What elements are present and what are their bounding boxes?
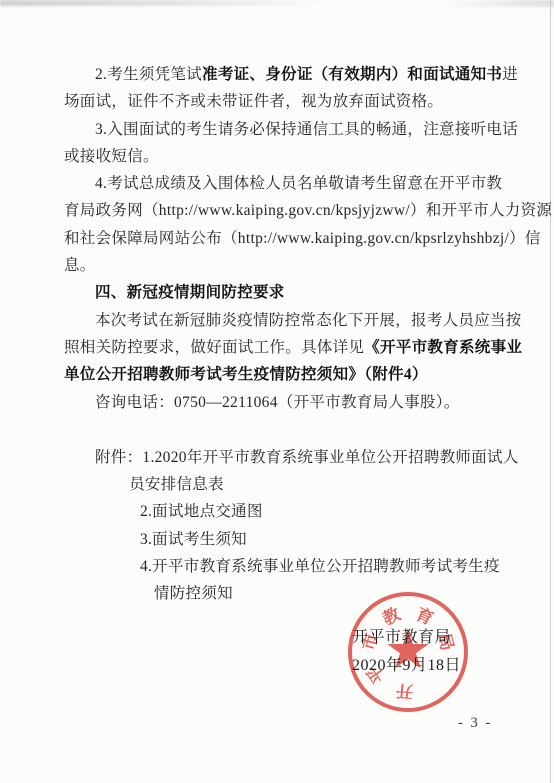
document-line: 照相关防控要求，做好面试工作。具体详见《开平市教育系统事业 <box>64 334 502 361</box>
document-line: 3.入围面试的考生请务必保持通信工具的畅通，注意接听电话 <box>64 116 502 143</box>
document-line: 本次考试在新冠肺炎疫情防控常态化下开展，报考人员应当按 <box>64 307 502 334</box>
scan-smudge <box>440 0 554 7</box>
text-segment: 情防控须知 <box>154 585 233 602</box>
document-line: 员安排信息表 <box>64 471 502 498</box>
document-line: 4.开平市教育系统事业单位公开招聘教师考试考生疫 <box>64 553 502 580</box>
seal-character: 开 <box>395 680 414 706</box>
page-number: - 3 - <box>458 715 492 732</box>
text-segment: 4.开平市教育系统事业单位公开招聘教师考试考生疫 <box>140 558 500 575</box>
document-line: 2.考生须凭笔试准考证、身份证（有效期内）和面试通知书进 <box>64 61 502 88</box>
document-line: 4.考试总成绩及入围体检人员名单敬请考生留意在开平市教 <box>64 170 502 197</box>
text-segment: 员安排信息表 <box>129 476 224 493</box>
text-segment: 进 <box>502 66 518 83</box>
text-segment: 2.考生须凭笔试 <box>95 66 202 83</box>
document-line: 单位公开招聘教师考试考生疫情防控须知》（附件4） <box>64 361 502 388</box>
document-line: 四、新冠疫情期间防控要求 <box>64 279 502 306</box>
document-line: 和社会保障局网站公布（http://www.kaiping.gov.cn/kps… <box>64 225 502 252</box>
text-segment: 附件：1.2020年开平市教育系统事业单位公开招聘教师面试人 <box>95 449 519 466</box>
document-page: 2.考生须凭笔试准考证、身份证（有效期内）和面试通知书进场面试，证件不齐或未带证… <box>0 0 554 783</box>
text-segment: 本次考试在新冠肺炎疫情防控常态化下开展，报考人员应当按 <box>95 312 522 329</box>
signing-date: 2020年9月18日 <box>352 652 461 680</box>
document-line: 育局政务网（http://www.kaiping.gov.cn/kpsjyjzw… <box>64 197 502 224</box>
text-segment: 或接收短信。 <box>64 148 159 165</box>
signature-block: 开平市教育局 2020年9月18日 <box>352 624 461 679</box>
document-line: 附件：1.2020年开平市教育系统事业单位公开招聘教师面试人 <box>64 444 502 471</box>
text-segment: 3.面试考生须知 <box>140 531 247 548</box>
document-line: 3.面试考生须知 <box>64 526 502 553</box>
scan-edge-line <box>550 0 552 783</box>
document-line: 2.面试地点交通图 <box>64 498 502 525</box>
text-segment: 育局政务网（http://www.kaiping.gov.cn/kpsjyjzw… <box>64 202 552 219</box>
scan-smudge <box>0 0 330 6</box>
text-segment: 照相关防控要求，做好面试工作。具体详见 <box>64 339 364 356</box>
document-line: 或接收短信。 <box>64 143 502 170</box>
text-segment: 息。 <box>64 257 96 274</box>
text-segment: 和社会保障局网站公布（http://www.kaiping.gov.cn/kps… <box>64 230 541 247</box>
text-segment: 单位公开招聘教师考试考生疫情防控须知》（附件4） <box>64 366 428 383</box>
text-segment: 3.入围面试的考生请务必保持通信工具的畅通，注意接听电话 <box>95 121 518 138</box>
document-line: 场面试，证件不齐或未带证件者，视为放弃面试资格。 <box>64 88 502 115</box>
document-line: 息。 <box>64 252 502 279</box>
text-segment: 四、新冠疫情期间防控要求 <box>95 284 285 301</box>
text-segment: 《开平市教育系统事业 <box>364 339 522 356</box>
text-segment: 4.考试总成绩及入围体检人员名单敬请考生留意在开平市教 <box>95 175 502 192</box>
text-segment: 咨询电话：0750—2211064（开平市教育局人事股）。 <box>95 394 460 411</box>
text-segment: 准考证、身份证（有效期内）和面试通知书 <box>202 66 502 83</box>
text-segment: 场面试，证件不齐或未带证件者，视为放弃面试资格。 <box>64 93 443 110</box>
text-segment: 2.面试地点交通图 <box>140 503 263 520</box>
blank-line <box>64 416 502 444</box>
document-line: 咨询电话：0750—2211064（开平市教育局人事股）。 <box>64 389 502 416</box>
document-lines: 2.考生须凭笔试准考证、身份证（有效期内）和面试通知书进场面试，证件不齐或未带证… <box>64 61 502 608</box>
signing-agency: 开平市教育局 <box>352 624 461 652</box>
